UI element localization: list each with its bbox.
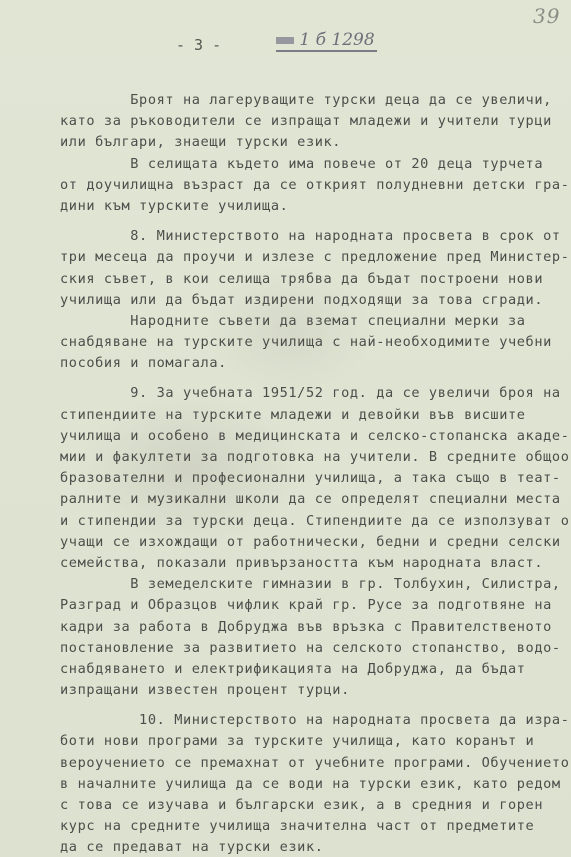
registration-stamp: 1 б 1298 (276, 30, 377, 52)
paragraph-camp-leaders: Броят на лагеруващите турски деца да се … (60, 90, 571, 154)
text-line: снабдяването и електрификацията на Добру… (60, 659, 571, 680)
text-line: 9. За учебната 1951/52 год. да се увелич… (60, 383, 571, 404)
registration-mark: 1 б 1298 (299, 30, 374, 50)
paragraph-gap (60, 374, 571, 383)
paragraph-agricultural-schools: В земеделските гимназии в гр. Толбухин, … (60, 574, 571, 701)
text-line: или българи, знаещи турски език. (60, 132, 571, 153)
text-line: стипендиите на турските младежи и девойк… (60, 405, 571, 426)
text-line: ския съвет, в кои селища трябва да бъдат… (60, 269, 571, 290)
text-line: в началните училища да се води на турски… (60, 774, 571, 795)
text-line: учащи се изхождащи от работнически, бедн… (60, 532, 571, 553)
document-page: 39 - 3 - 1 б 1298 Броят на лагеруващите … (0, 0, 571, 857)
text-line: кадри за работа в Добруджа във връзка с … (60, 617, 571, 638)
text-line: с това се изучава и български език, а в … (60, 795, 571, 816)
text-line: дини към турските училища. (60, 196, 571, 217)
text-line: училища или да бъдат издирени подходящи … (60, 290, 571, 311)
document-body: Броят на лагеруващите турски деца да се … (60, 90, 571, 857)
text-line: постановление за развитието на селското … (60, 638, 571, 659)
page-number: - 3 - (176, 36, 221, 54)
text-line: 8. Министерството на народната просвета … (60, 226, 571, 247)
text-line: бразователни и професионални училища, а … (60, 468, 571, 489)
text-line: семейства, показали привързаността към н… (60, 553, 571, 574)
text-line: да се предават на турски език. (60, 837, 571, 857)
text-line: пособия и помагала. (60, 353, 571, 374)
paragraph-supplies: Народните съвети да вземат специални мер… (60, 311, 571, 375)
paragraph-kindergartens: В селищата където има повече от 20 деца … (60, 154, 571, 218)
text-line: В земеделските гимназии в гр. Толбухин, … (60, 574, 571, 595)
text-line: боти нови програми за турските училища, … (60, 731, 571, 752)
text-line: изпращани известен процент турци. (60, 680, 571, 701)
text-line: от доучилищна възраст да се открият полу… (60, 175, 571, 196)
text-line: като за ръководители се изпращат младежи… (60, 111, 571, 132)
text-line: курс на средните училища значителна част… (60, 816, 571, 837)
text-line: ралните и музикални школи да се определя… (60, 489, 571, 510)
paragraph-point-10: 10. Министерството на народната просвета… (60, 710, 571, 857)
paragraph-gap (60, 217, 571, 226)
text-line: Народните съвети да вземат специални мер… (60, 311, 571, 332)
redaction-blot (276, 37, 294, 44)
text-line: снабдяване на турските училища с най-нео… (60, 332, 571, 353)
text-line: вероучението се премахнат от учебните пр… (60, 753, 571, 774)
paragraph-gap (60, 701, 571, 710)
text-line: мии и факултети за подготовка на учители… (60, 447, 571, 468)
archive-sheet-number: 39 (533, 4, 560, 28)
text-line: училища и особено в медицинската и селск… (60, 426, 571, 447)
paragraph-point-9: 9. За учебната 1951/52 год. да се увелич… (60, 383, 571, 574)
text-line: и стипендии за турски деца. Стипендиите … (60, 511, 571, 532)
paragraph-point-8: 8. Министерството на народната просвета … (60, 226, 571, 311)
text-line: 10. Министерството на народната просвета… (60, 710, 571, 731)
text-line: три месеца да проучи и излезе с предложе… (60, 247, 571, 268)
text-line: Броят на лагеруващите турски деца да се … (60, 90, 571, 111)
text-line: В селищата където има повече от 20 деца … (60, 154, 571, 175)
text-line: Разград и Образцов чифлик край гр. Русе … (60, 595, 571, 616)
